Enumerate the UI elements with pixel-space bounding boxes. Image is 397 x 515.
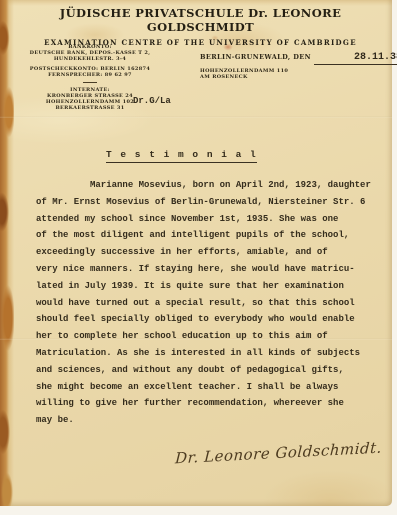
school-address-lines: HOHENZOLLERNDAMM 110AM ROSENECK <box>200 68 390 80</box>
aged-left-edge <box>0 0 14 506</box>
reference-code: Dr.G/La <box>133 96 171 106</box>
typed-date: 28.11.38 <box>314 52 397 65</box>
body-line: lated in July 1939. It is quite sure tha… <box>36 278 371 295</box>
letterhead: JÜDISCHE PRIVATSCHULE Dr. LEONORE GOLDSC… <box>14 6 387 47</box>
divider-dash <box>83 82 97 83</box>
body-line: attended my school since November 1st, 1… <box>36 211 371 228</box>
body-line: willing to give her further recommendati… <box>36 395 371 412</box>
date-row: BERLIN-GRUNEWALD, DEN28.11.38 <box>200 44 390 65</box>
body-line: very nice manners. If staying here, she … <box>36 261 371 278</box>
contact-line: FERNSPRECHER: 89 62 97 <box>16 72 164 78</box>
signature-handwriting: Dr. Leonore Goldschmidt. <box>175 439 381 468</box>
paper-crease <box>0 116 392 118</box>
bank-line: HUNDEKEHLESTR. 3-4 <box>16 56 164 62</box>
document-paper: JÜDISCHE PRIVATSCHULE Dr. LEONORE GOLDSC… <box>0 0 392 506</box>
body-line: may be. <box>36 412 371 429</box>
body-line: of the most diligent and intelligent pup… <box>36 227 371 244</box>
body-line: Marianne Mosevius, born on April 2nd, 19… <box>36 177 371 194</box>
contact-lines: POSTSCHECKKONTO: BERLIN 162874FERNSPRECH… <box>16 66 164 78</box>
body-line: she might become an excellent teacher. I… <box>36 379 371 396</box>
place-and-date-label: BERLIN-GRUNEWALD, DEN <box>200 53 311 61</box>
document-title: T e s t i m o n i a l <box>106 149 257 163</box>
body-line: exceedingly successive in her efforts, a… <box>36 244 371 261</box>
address-line: AM ROSENECK <box>200 74 390 80</box>
body-line: her to complete her school education up … <box>36 328 371 345</box>
body-line: Matriculation. As she is interested in a… <box>36 345 371 362</box>
body-line: and sciences, and without any doubt of p… <box>36 362 371 379</box>
body-line: should feel specially obliged to everybo… <box>36 311 371 328</box>
bank-account-lines: BANKKONTO:DEUTSCHE BANK, DEPOS.-KASSE T … <box>16 44 164 62</box>
school-name: JÜDISCHE PRIVATSCHULE Dr. LEONORE GOLDSC… <box>14 6 387 34</box>
body-line: would have turned out a special result, … <box>36 295 371 312</box>
testimonial-body: Marianne Mosevius, born on April 2nd, 19… <box>36 177 371 429</box>
body-line: of Mr. Ernst Mosevius of Berlin-Grunewal… <box>36 194 371 211</box>
letterhead-right-block: BERLIN-GRUNEWALD, DEN28.11.38 HOHENZOLLE… <box>200 44 390 80</box>
